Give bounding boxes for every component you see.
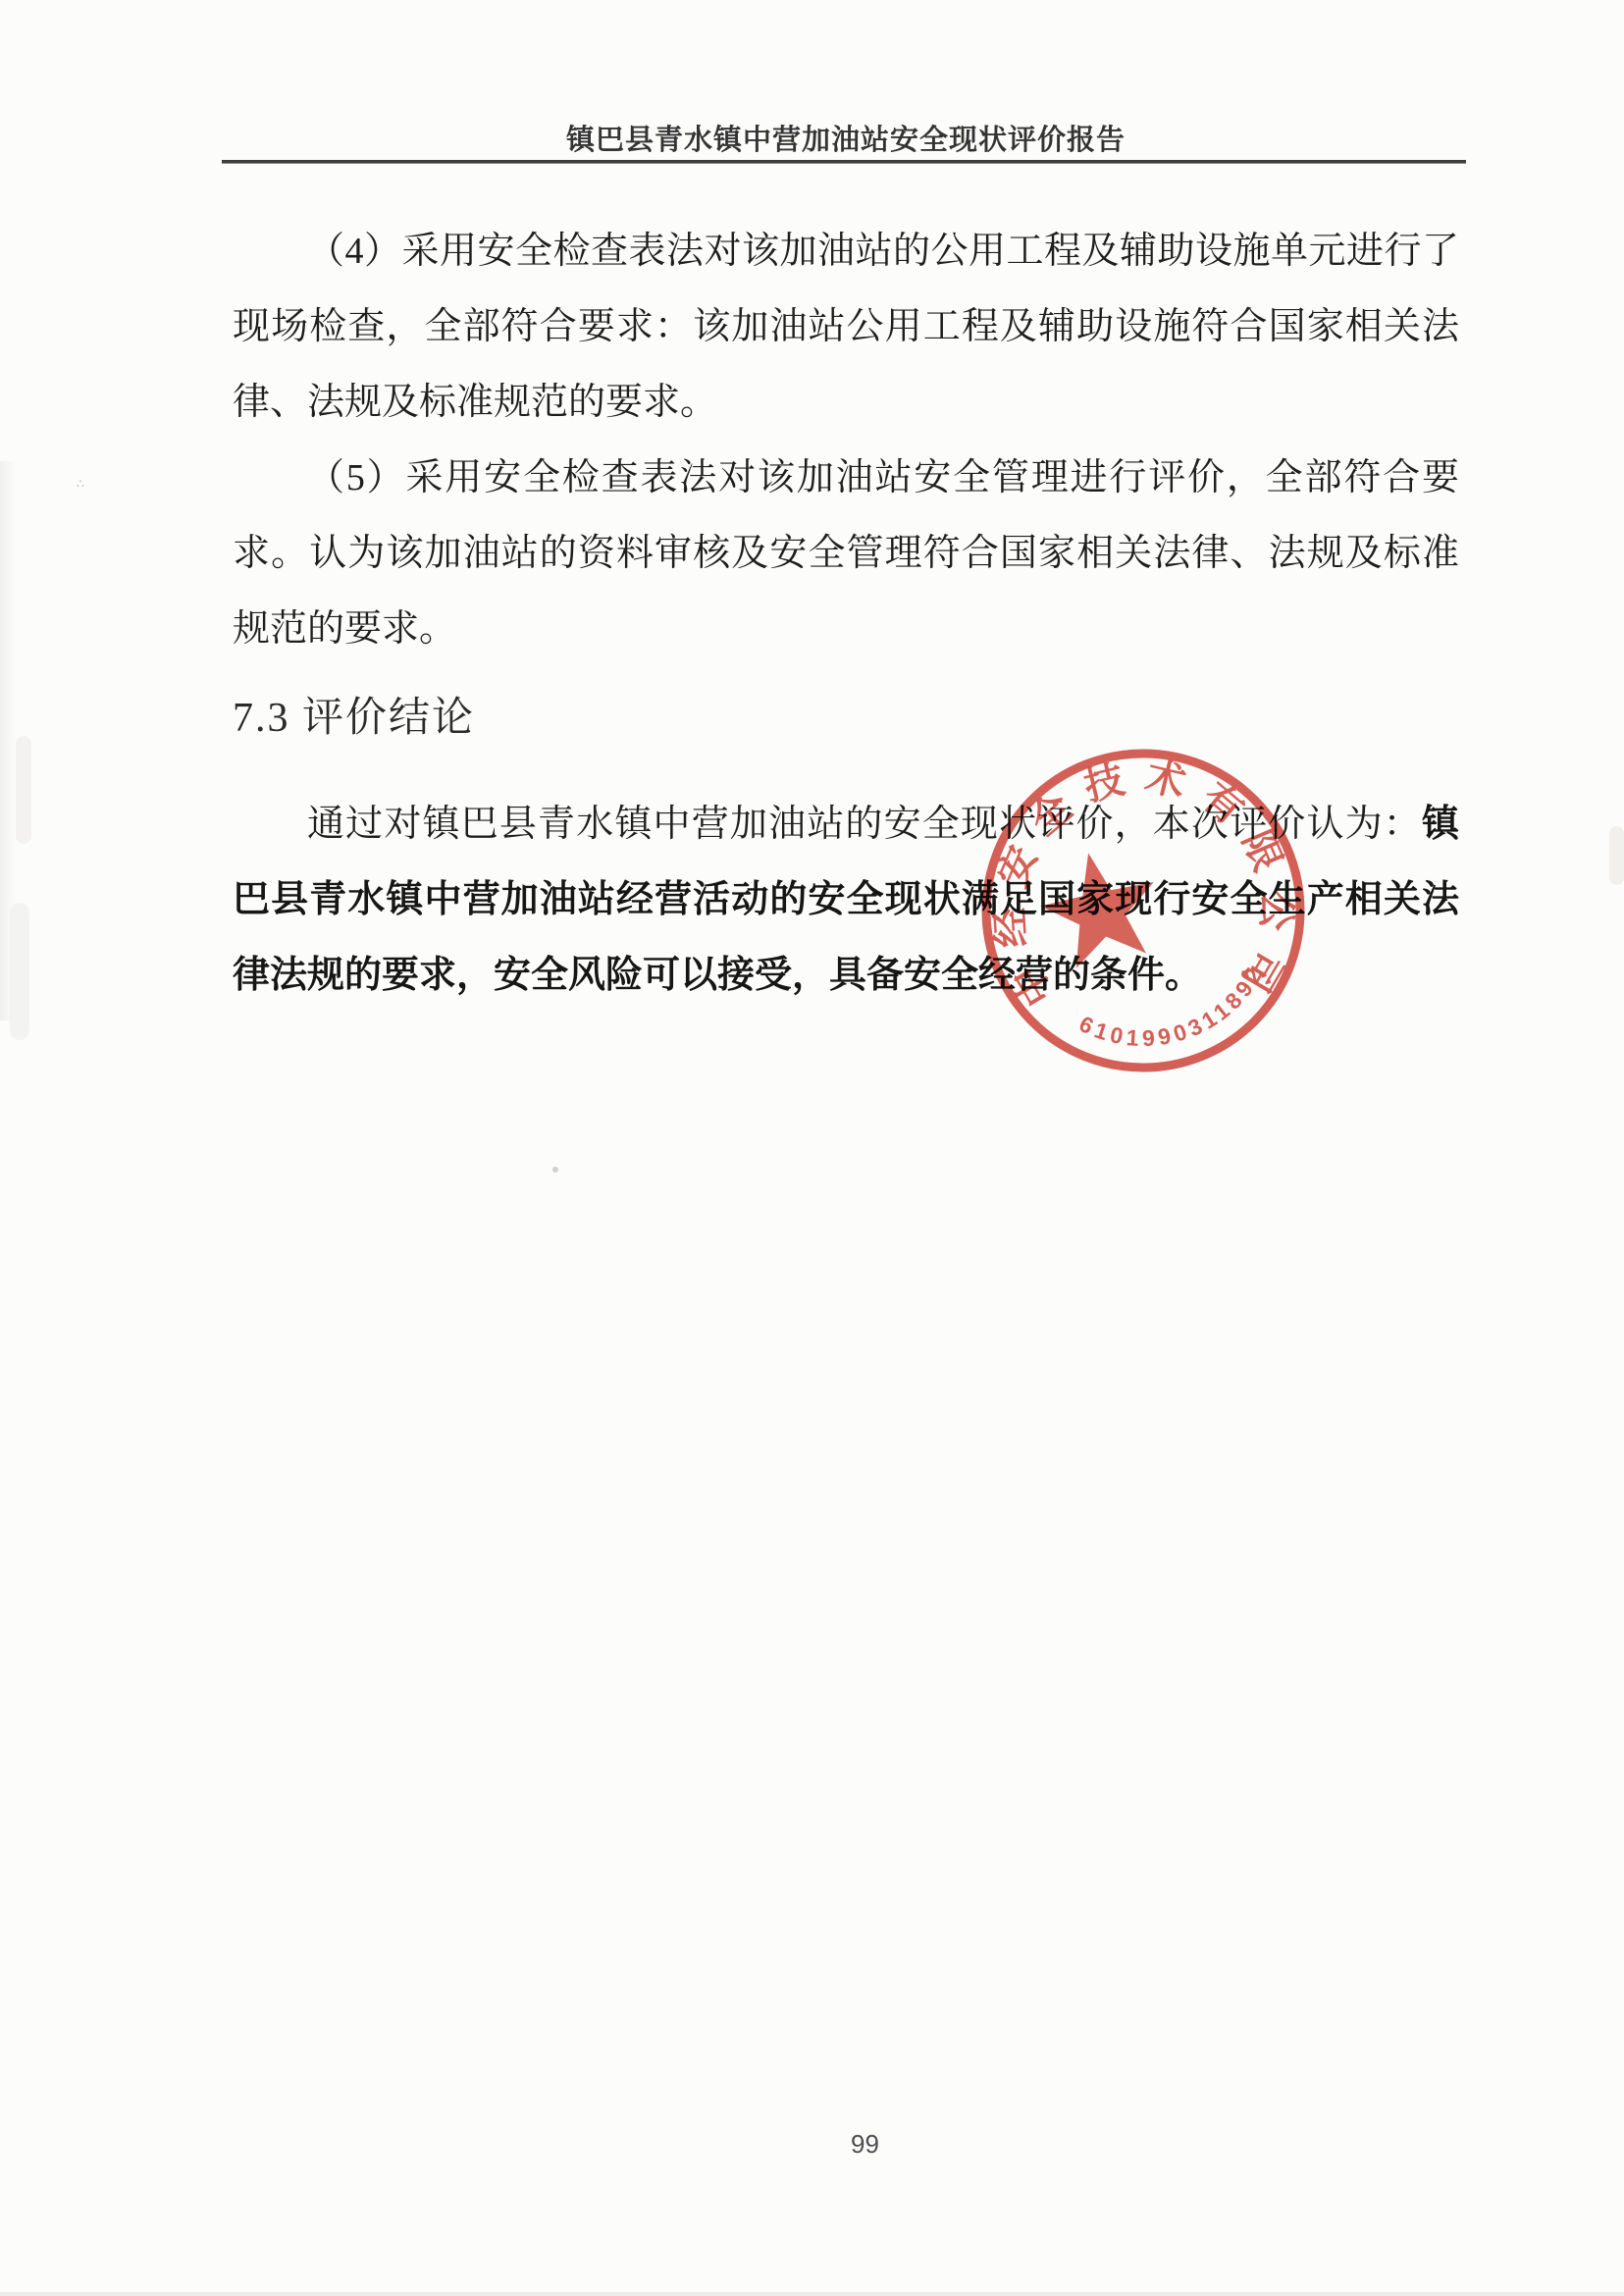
conclusion-paragraph: 通过对镇巴县青水镇中营加油站的安全现状评价，本次评价认为：镇巴县青水镇中营加油站… <box>233 787 1459 1014</box>
page-body: （4）采用安全检查表法对该加油站的公用工程及辅助设施单元进行了现场检查，全部符合… <box>233 214 1459 1014</box>
scan-smudge-blob-2 <box>10 903 29 1040</box>
paragraph-item-5: （5）采用安全检查表法对该加油站安全管理进行评价，全部符合要求。认为该加油站的资… <box>233 441 1459 667</box>
scan-smudge-right-edge <box>1609 826 1624 885</box>
paragraph-item-4: （4）采用安全检查表法对该加油站的公用工程及辅助设施单元进行了现场检查，全部符合… <box>233 214 1459 441</box>
report-header-title: 镇巴县青水镇中营加油站安全现状评价报告 <box>233 118 1459 158</box>
document-page: 镇巴县青水镇中营加油站安全现状评价报告 （4）采用安全检查表法对该加油站的公用工… <box>0 0 1624 2296</box>
scan-speck <box>552 1167 558 1173</box>
conclusion-prefix-text: 通过对镇巴县青水镇中营加油站的安全现状评价，本次评价认为： <box>307 804 1422 845</box>
scan-smudge-blob-1 <box>16 736 31 844</box>
scan-mark-dots: ∴ <box>77 480 94 489</box>
page-number: 99 <box>851 2129 879 2160</box>
scan-smudge-left-edge <box>0 461 16 1020</box>
section-heading-7-3: 7.3 评价结论 <box>233 691 1459 746</box>
scan-bottom-edge <box>0 2292 1624 2296</box>
header-rule <box>222 160 1466 164</box>
